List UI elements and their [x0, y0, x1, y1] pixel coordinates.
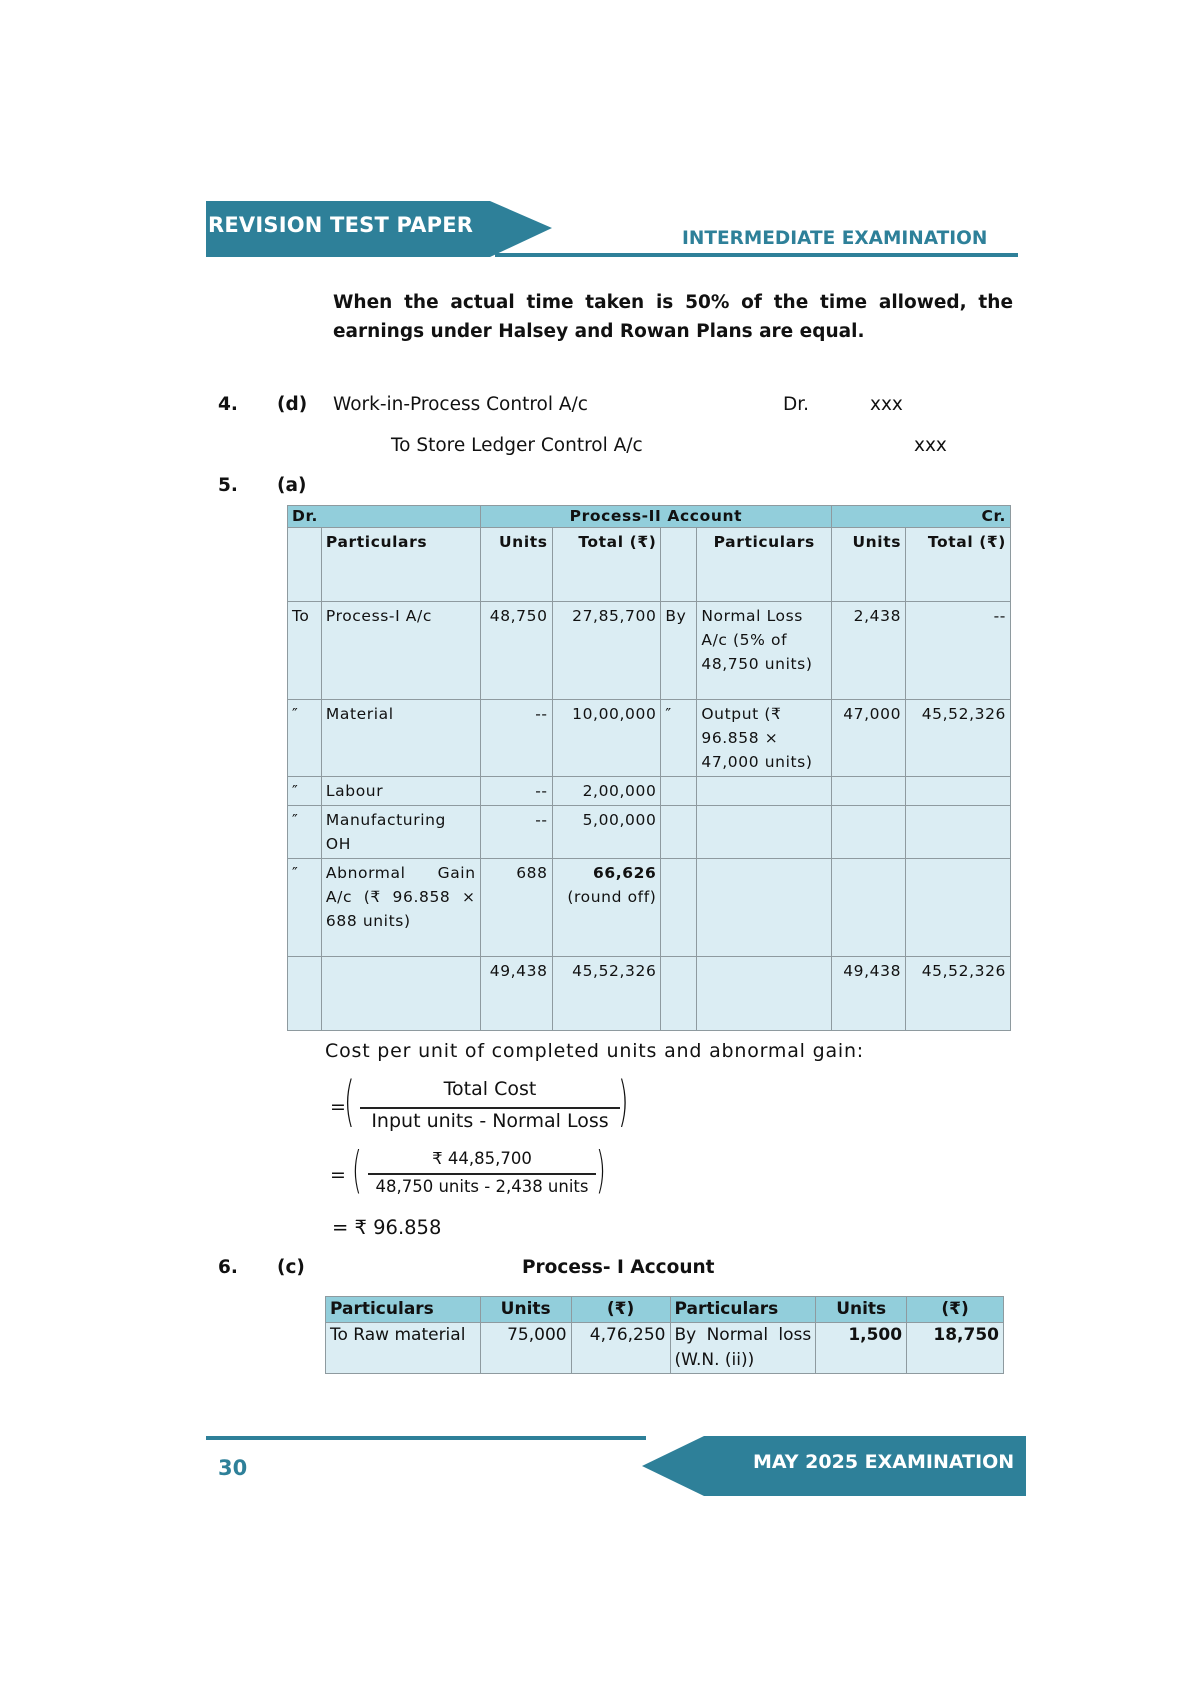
header-title: REVISION TEST PAPER — [208, 213, 473, 237]
particulars-cell — [697, 806, 832, 859]
particulars-cell: To Raw material — [326, 1323, 481, 1374]
column-header: Units — [480, 528, 552, 602]
page-number: 30 — [218, 1456, 247, 1480]
column-header: Particulars — [321, 528, 480, 602]
conclusion-text: When the actual time taken is 50% of the… — [333, 288, 1013, 346]
table-row: ″ Labour -- 2,00,000 — [288, 777, 1011, 806]
particulars-cell: Process-I A/c — [321, 602, 480, 700]
row-prefix — [661, 806, 697, 859]
journal-debit-entry: Work-in-Process Control A/c — [333, 394, 588, 415]
column-header: Units — [832, 528, 906, 602]
units-cell — [832, 806, 906, 859]
column-header: Particulars — [697, 528, 832, 602]
fraction-bar — [360, 1107, 620, 1109]
round-off-note: (round off) — [567, 888, 656, 906]
table-title: Process-II Account — [480, 506, 831, 528]
footer-exam-session: MAY 2025 EXAMINATION — [753, 1451, 1014, 1473]
total-cell — [906, 859, 1011, 957]
total-cell: 10,00,000 — [552, 700, 661, 777]
row-prefix — [661, 777, 697, 806]
footer-rule — [206, 1436, 646, 1440]
units-cell: -- — [480, 700, 552, 777]
amount-cell: 4,76,250 — [571, 1323, 670, 1374]
units-total: 49,438 — [480, 957, 552, 1031]
formula-general: = ( Total Cost Input units - Normal Loss… — [330, 1076, 630, 1142]
particulars-cell — [697, 777, 832, 806]
column-header: (₹) — [907, 1297, 1004, 1323]
amount-cell: 18,750 — [907, 1323, 1004, 1374]
question-part: (a) — [277, 475, 306, 496]
units-cell: -- — [480, 806, 552, 859]
particulars-cell: Abnormal Gain A/c (₹ 96.858 × 688 units) — [321, 859, 480, 957]
column-header: Units — [816, 1297, 907, 1323]
total-cell: 5,00,000 — [552, 806, 661, 859]
cost-per-unit-result: = ₹ 96.858 — [332, 1216, 441, 1239]
units-cell: 688 — [480, 859, 552, 957]
column-header: Total (₹) — [552, 528, 661, 602]
units-cell: 75,000 — [480, 1323, 571, 1374]
units-cell: 47,000 — [832, 700, 906, 777]
total-cell — [906, 777, 1011, 806]
abnormal-gain-amount: 66,626 — [593, 864, 656, 882]
row-prefix: ″ — [661, 700, 697, 777]
debit-amount: xxx — [870, 394, 903, 415]
particulars-cell: By Normal loss (W.N. (ii)) — [670, 1323, 816, 1374]
column-header — [661, 528, 697, 602]
total-cell — [906, 806, 1011, 859]
row-prefix: ″ — [288, 806, 322, 859]
numerator: ₹ 44,85,700 — [368, 1149, 596, 1168]
process-i-title: Process- I Account — [522, 1257, 715, 1278]
units-cell — [832, 859, 906, 957]
row-prefix: ″ — [288, 777, 322, 806]
fraction-bar — [368, 1173, 596, 1175]
particulars-cell: Labour — [321, 777, 480, 806]
process-ii-account-table: Dr. Process-II Account Cr. Particulars U… — [287, 505, 1011, 1031]
question-part: (c) — [277, 1257, 305, 1278]
units-cell: 1,500 — [816, 1323, 907, 1374]
row-prefix: ″ — [288, 700, 322, 777]
row-prefix: To — [288, 602, 322, 700]
total-cell: 2,00,000 — [552, 777, 661, 806]
table-row: To Process-I A/c 48,750 27,85,700 By Nor… — [288, 602, 1011, 700]
process-i-account-table: Particulars Units (₹) Particulars Units … — [325, 1296, 1004, 1374]
total-cell: -- — [906, 602, 1011, 700]
table-row: ″ Material -- 10,00,000 ″ Output (₹ 96.8… — [288, 700, 1011, 777]
formula-substituted: = ( ₹ 44,85,700 48,750 units - 2,438 uni… — [330, 1147, 630, 1207]
left-paren: ( — [344, 1070, 355, 1133]
right-paren: ) — [618, 1070, 629, 1133]
row-prefix — [661, 957, 697, 1031]
column-header: Particulars — [326, 1297, 481, 1323]
units-total: 49,438 — [832, 957, 906, 1031]
total-cell: 27,85,700 — [552, 602, 661, 700]
cr-label: Cr. — [832, 506, 1011, 528]
credit-amount: xxx — [914, 435, 947, 456]
totals-row: 49,438 45,52,326 49,438 45,52,326 — [288, 957, 1011, 1031]
left-paren: ( — [352, 1141, 362, 1199]
units-cell: -- — [480, 777, 552, 806]
row-prefix — [288, 957, 322, 1031]
dr-label: Dr. — [288, 506, 481, 528]
denominator: Input units - Normal Loss — [360, 1110, 620, 1132]
table-row: ″ Manufacturing OH -- 5,00,000 — [288, 806, 1011, 859]
amount-total: 45,52,326 — [552, 957, 661, 1031]
denominator: 48,750 units - 2,438 units — [368, 1177, 596, 1196]
particulars-cell: Manufacturing OH — [321, 806, 480, 859]
column-header: Units — [480, 1297, 571, 1323]
question-number: 5. — [218, 475, 238, 496]
row-prefix: By — [661, 602, 697, 700]
column-header: Total (₹) — [906, 528, 1011, 602]
row-prefix — [661, 859, 697, 957]
total-cell: 45,52,326 — [906, 700, 1011, 777]
header-rule — [495, 253, 1018, 257]
right-paren: ) — [596, 1141, 606, 1199]
column-header — [288, 528, 322, 602]
row-prefix: ″ — [288, 859, 322, 957]
particulars-cell: Output (₹ 96.858 × 47,000 units) — [697, 700, 832, 777]
total-cell: 66,626(round off) — [552, 859, 661, 957]
particulars-cell — [321, 957, 480, 1031]
numerator: Total Cost — [360, 1078, 620, 1100]
question-number: 6. — [218, 1257, 238, 1278]
amount-total: 45,52,326 — [906, 957, 1011, 1031]
table-row: To Raw material 75,000 4,76,250 By Norma… — [326, 1323, 1004, 1374]
particulars-cell: Material — [321, 700, 480, 777]
column-header: (₹) — [571, 1297, 670, 1323]
units-cell: 48,750 — [480, 602, 552, 700]
question-number: 4. — [218, 394, 238, 415]
equals-sign: = — [330, 1164, 346, 1186]
journal-credit-entry: To Store Ledger Control A/c — [391, 435, 643, 456]
table-row: ″ Abnormal Gain A/c (₹ 96.858 × 688 unit… — [288, 859, 1011, 957]
dr-label: Dr. — [783, 394, 809, 415]
particulars-cell — [697, 957, 832, 1031]
header-exam-level: INTERMEDIATE EXAMINATION — [682, 228, 987, 249]
units-cell: 2,438 — [832, 602, 906, 700]
particulars-cell — [697, 859, 832, 957]
question-part: (d) — [277, 394, 307, 415]
cost-per-unit-heading: Cost per unit of completed units and abn… — [325, 1040, 864, 1062]
units-cell — [832, 777, 906, 806]
column-header: Particulars — [670, 1297, 816, 1323]
particulars-cell: Normal Loss A/c (5% of 48,750 units) — [697, 602, 832, 700]
